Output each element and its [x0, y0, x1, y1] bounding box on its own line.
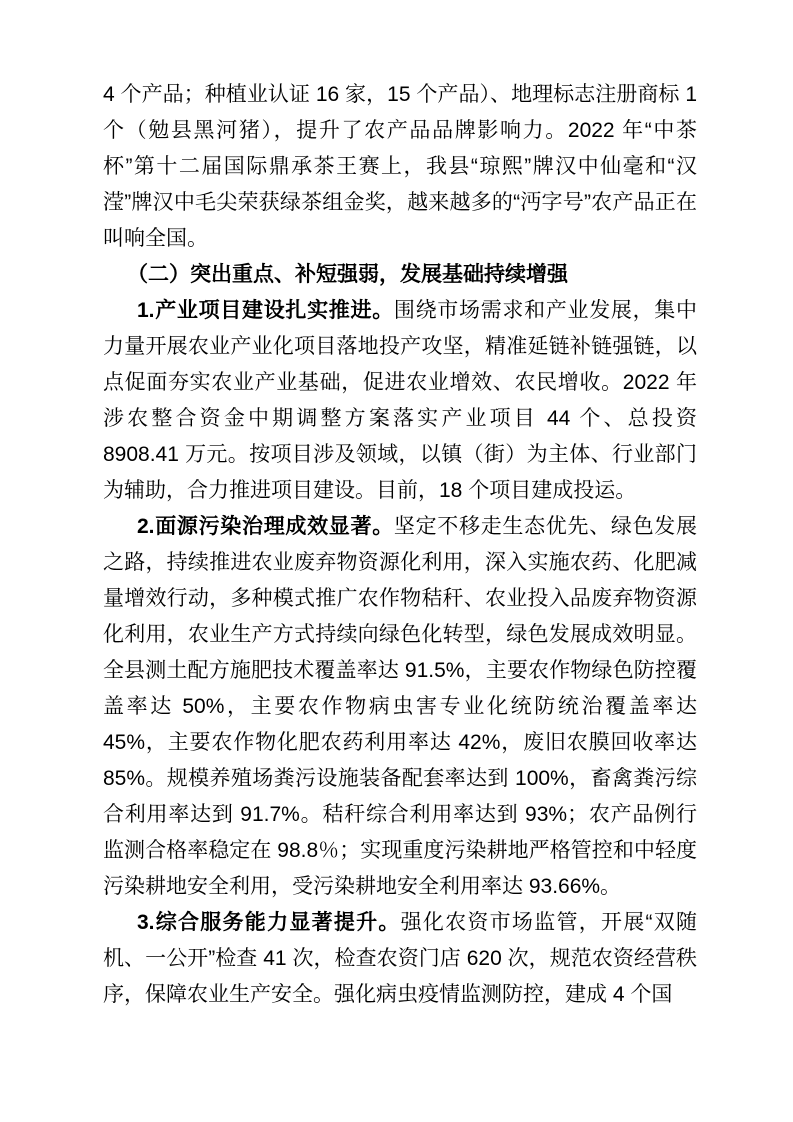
paragraph-1-text: 围绕市场需求和产业发展，集中力量开展农业产业化项目落地投产攻坚，精准延链补链强链…: [103, 299, 697, 502]
paragraph-3: 3.综合服务能力显著提升。强化农资市场监管，开展“双随机、一公开”检查 41 次…: [103, 905, 697, 1013]
paragraph-3-lead: 3.综合服务能力显著提升。: [137, 911, 401, 934]
document-content: 4 个产品；种植业认证 16 家，15 个产品）、地理标志注册商标 1 个（勉县…: [103, 77, 697, 1013]
paragraph-2-text: 坚定不移走生态优先、绿色发展之路，持续推进农业废弃物资源化利用，深入实施农药、化…: [103, 515, 697, 898]
paragraph-1-lead: 1.产业项目建设扎实推进。: [137, 299, 394, 322]
paragraph-1: 1.产业项目建设扎实推进。围绕市场需求和产业发展，集中力量开展农业产业化项目落地…: [103, 293, 697, 509]
paragraph-2: 2.面源污染治理成效显著。坚定不移走生态优先、绿色发展之路，持续推进农业废弃物资…: [103, 509, 697, 905]
document-page: 4 个产品；种植业认证 16 家，15 个产品）、地理标志注册商标 1 个（勉县…: [0, 0, 793, 1122]
paragraph-continuation: 4 个产品；种植业认证 16 家，15 个产品）、地理标志注册商标 1 个（勉县…: [103, 77, 697, 257]
paragraph-2-lead: 2.面源污染治理成效显著。: [137, 515, 394, 538]
section-heading: （二）突出重点、补短强弱，发展基础持续增强: [103, 257, 697, 293]
